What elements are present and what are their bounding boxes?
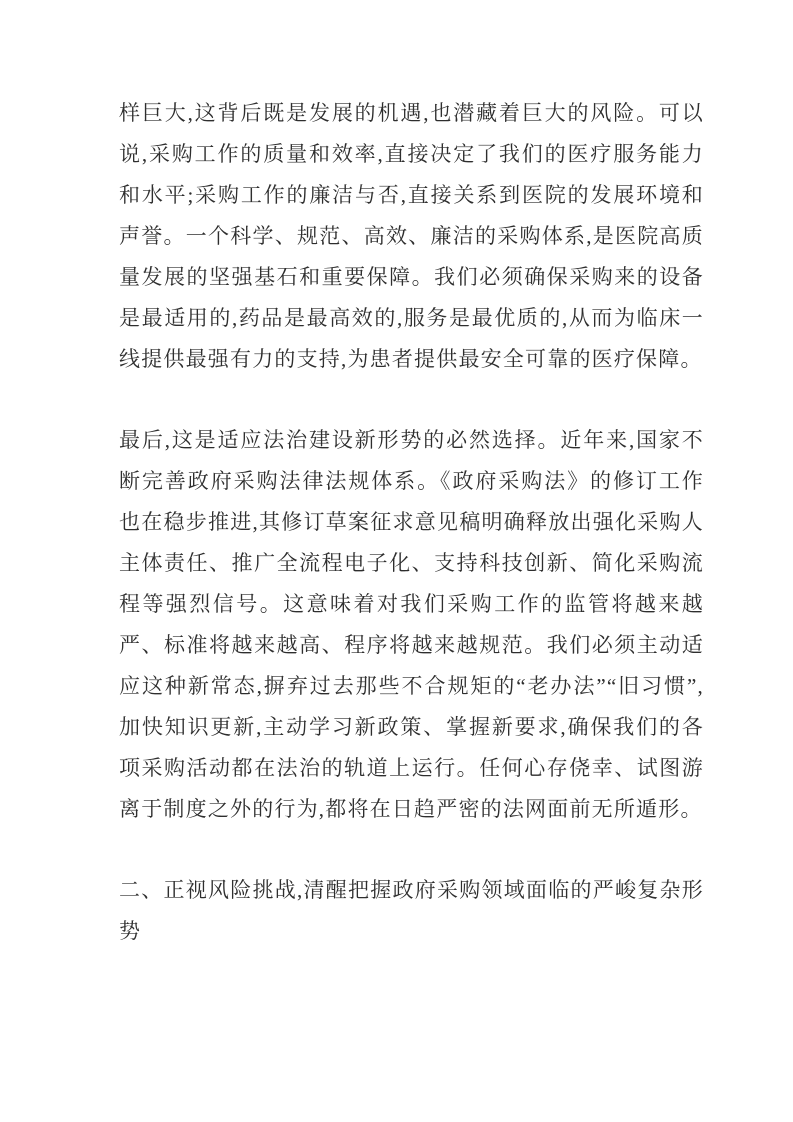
- body-paragraph-1: 样巨大,这背后既是发展的机遇,也潜藏着巨大的风险。可以说,采购工作的质量和效率,…: [119, 93, 704, 380]
- section-heading: 二、正视风险挑战,清醒把握政府采购领域面临的严峻复杂形势: [119, 870, 704, 952]
- document-body: 样巨大,这背后既是发展的机遇,也潜藏着巨大的风险。可以说,采购工作的质量和效率,…: [119, 93, 704, 952]
- document-page: 样巨大,这背后既是发展的机遇,也潜藏着巨大的风险。可以说,采购工作的质量和效率,…: [0, 0, 793, 1122]
- body-paragraph-2: 最后,这是适应法治建设新形势的必然选择。近年来,国家不断完善政府采购法律法规体系…: [119, 420, 704, 830]
